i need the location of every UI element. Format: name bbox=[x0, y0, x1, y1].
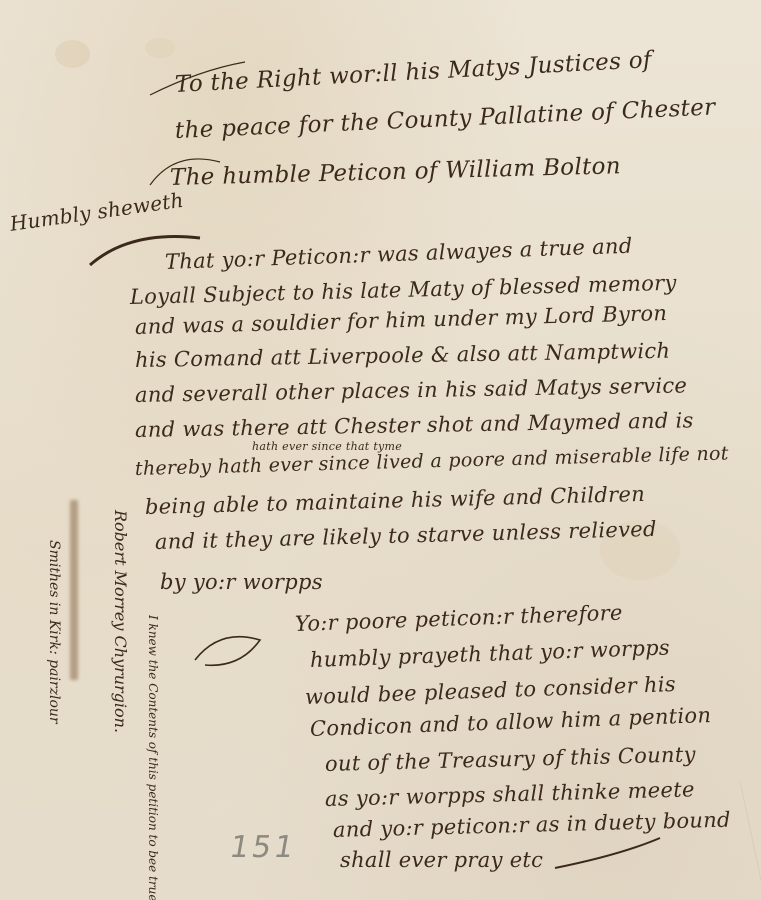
paper-stain bbox=[145, 38, 175, 58]
manuscript-page: To the Right wor:ll his Matys Justices o… bbox=[0, 0, 761, 900]
body-line-6: and was there att Chester shot and Mayme… bbox=[135, 408, 694, 442]
prayer-line-7: and yo:r peticon:r as in duety bound bbox=[333, 808, 731, 842]
body-line-4: his Comand att Liverpoole & also att Nam… bbox=[135, 339, 671, 372]
body-line-7: thereby hath ever since lived a poore an… bbox=[135, 442, 729, 480]
body-line-5: and severall other places in his said Ma… bbox=[135, 373, 688, 407]
petition-title: The humble Peticon of William Bolton bbox=[170, 153, 622, 191]
address-line-2: the peace for the County Pallatine of Ch… bbox=[174, 94, 715, 144]
paper-stain bbox=[55, 40, 90, 68]
address-line-1: To the Right wor:ll his Matys Justices o… bbox=[174, 47, 652, 98]
body-line-1: That yo:r Peticon:r was alwayes a true a… bbox=[165, 234, 633, 274]
prayer-line-5: out of the Treasury of this County bbox=[325, 742, 696, 776]
salutation: Humbly sheweth bbox=[8, 188, 185, 236]
prayer-line-2: humbly prayeth that yo:r worpps bbox=[310, 635, 671, 672]
prayer-line-3: would bee pleased to consider his bbox=[305, 672, 677, 709]
struck-margin-text bbox=[70, 500, 78, 680]
margin-note-2: Robert Morrey Chyrurgion. bbox=[111, 510, 130, 733]
margin-note-3: Smithes in Kirk: pairzlour bbox=[46, 540, 62, 724]
prayer-line-8: shall ever pray etc bbox=[340, 848, 543, 872]
body-line-9: and it they are likely to starve unless … bbox=[155, 517, 657, 554]
prayer-line-1: Yo:r poore peticon:r therefore bbox=[295, 601, 623, 636]
margin-note-1: I knew the Contents of this petition to … bbox=[146, 615, 160, 900]
folio-number: 151 bbox=[227, 830, 299, 865]
prayer-line-4: Condicon and to allow him a pention bbox=[310, 703, 712, 741]
prayer-line-6: as yo:r worpps shall thinke meete bbox=[325, 777, 695, 811]
body-line-8: being able to maintaine his wife and Chi… bbox=[145, 482, 646, 519]
paper-edge bbox=[740, 781, 761, 899]
body-line-10: by yo:r worpps bbox=[160, 570, 323, 594]
